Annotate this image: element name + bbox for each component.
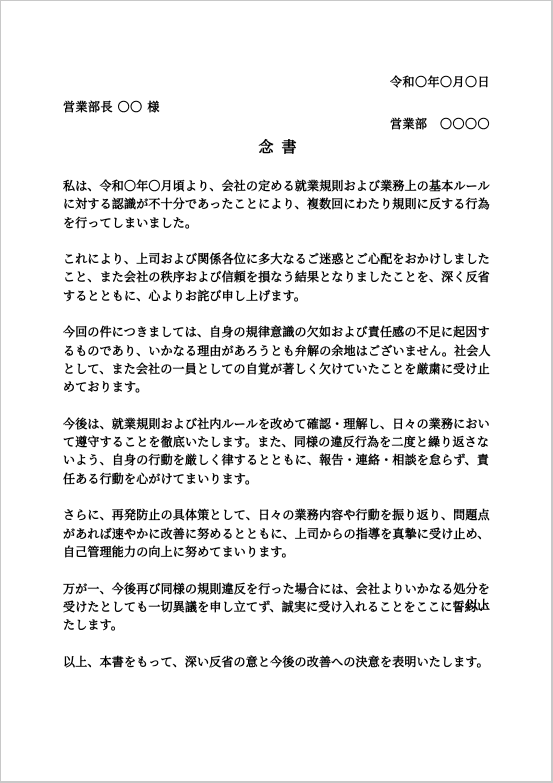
paragraph-apology: これにより、上司および関係各位に多大なるご迷惑とご心配をおかけしましたこと、また… — [63, 250, 495, 305]
document-body: 私は、令和〇年〇月頃より、会社の定める就業規則および業務上の基本ルールに対する認… — [63, 177, 495, 689]
paragraph-pledge: 万が一、今後再び同様の規則違反を行った場合には、会社よりいかなる処分を受けたとし… — [63, 580, 495, 635]
paragraph-conclusion: 以上、本書をもって、深い反省の意と今後の改善への決意を表明いたします。 — [63, 653, 495, 671]
sender-name: 営業部 〇〇〇〇 — [390, 115, 490, 132]
document-title: 念書 — [1, 136, 553, 157]
paragraph-cause: 今回の件につきましては、自身の規律意識の欠如および責任感の不足に起因するものであ… — [63, 323, 495, 396]
closing-mark: 以上 — [466, 596, 490, 613]
paragraph-commitment: 今後は、就業規則および社内ルールを改めて確認・理解し、日々の業務において遵守する… — [63, 415, 495, 488]
paragraph-prevention: さらに、再発防止の具体策として、日々の業務内容や行動を振り返り、問題点があれば速… — [63, 506, 495, 561]
paragraph-statement: 私は、令和〇年〇月頃より、会社の定める就業規則および業務上の基本ルールに対する認… — [63, 177, 495, 232]
document-page: 令和〇年〇月〇日 営業部長 〇〇 様 営業部 〇〇〇〇 念書 私は、令和〇年〇月… — [0, 0, 553, 783]
recipient-name: 営業部長 〇〇 様 — [63, 98, 160, 115]
document-date: 令和〇年〇月〇日 — [390, 73, 490, 90]
